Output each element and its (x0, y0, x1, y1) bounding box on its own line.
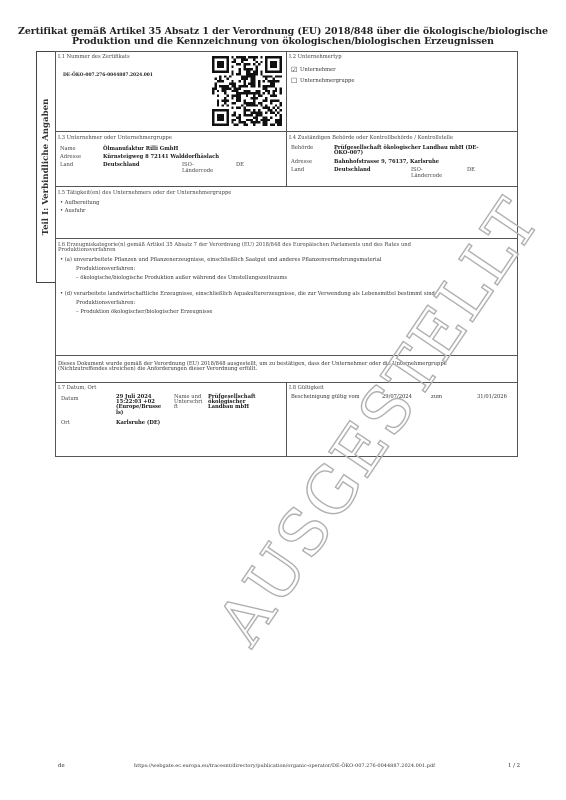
operator-country-label: Land (60, 162, 73, 168)
section-activities: I.5 Tätigkeit(en) des Unternehmers oder … (55, 186, 518, 239)
checkbox-unchecked-icon[interactable]: ☐ (291, 77, 297, 85)
date-value: 29 Juli 2024 15:22:03 +02 (Europe/Brusse… (116, 395, 161, 416)
signature-label-line: Unterschri (174, 400, 202, 405)
operator-iso-label-2: Ländercode (182, 168, 213, 174)
operator-iso: DE (236, 162, 244, 168)
operator-address-label: Adresse (60, 154, 81, 160)
category-method-label: Produktionsverfahren: (76, 266, 135, 272)
authority-country-label: Land (291, 167, 304, 173)
category-method-label: Produktionsverfahren: (76, 300, 135, 306)
signature-label-line: ft (174, 405, 202, 410)
certificate-number: DE-ÖKO-007.276-0044887.2024.001 (63, 73, 153, 78)
side-label: Teil I: Verbindliche Angaben (41, 99, 51, 236)
valid-to-label: zum (431, 394, 442, 400)
option-label: Unternehmer (300, 67, 336, 73)
title-line-2: Produktion und die Kennzeichnung von öko… (0, 37, 566, 47)
authority-heading: I.4 Zuständigen Behörde oder Kontrollbeh… (289, 135, 453, 141)
authority-iso: DE (467, 167, 475, 173)
side-label-box: Teil I: Verbindliche Angaben (36, 51, 55, 283)
date-place-heading: I.7 Datum, Ort (58, 385, 96, 391)
authority-address-label: Adresse (291, 159, 312, 165)
category-method: – Produktion ökologischer/biologischer E… (76, 309, 212, 315)
date-line: ls) (116, 411, 161, 416)
signature-value: Prüfgesellschaft ökologischer Landbau mb… (208, 395, 256, 411)
signature-label: Name und Unterschri ft (174, 395, 202, 411)
date-label: Datum (61, 396, 79, 402)
place-value: Karlsruhe (DE) (116, 420, 160, 426)
footer-page-number: 1 / 2 (508, 763, 520, 769)
authority-label: Behörde (291, 145, 313, 151)
valid-to: 31/01/2026 (477, 394, 507, 400)
category-method: – ökologische/biologische Produktion auß… (76, 275, 287, 281)
signature-line: Landbau mbH (208, 405, 256, 410)
section-statement: Dieses Dokument wurde gemäß der Verordnu… (55, 355, 518, 383)
validity-label: Bescheinigung gültig vom (291, 394, 360, 400)
category-title: • (a) unverarbeitete Pflanzen und Pflanz… (60, 257, 381, 263)
activity-item: • Ausfuhr (60, 208, 86, 214)
option-label: Unternehmergruppe (300, 78, 354, 84)
authority-name-2: ÖKO-007) (334, 150, 363, 156)
category-title: • (d) verarbeitete landwirtschaftliche E… (60, 291, 435, 297)
operator-name-label: Name (60, 146, 76, 152)
authority-iso-label-2: Ländercode (411, 173, 442, 179)
section-control-authority: I.4 Zuständigen Behörde oder Kontrollbeh… (286, 131, 518, 187)
footer-language: de (58, 763, 65, 769)
section-date-place: I.7 Datum, Ort Datum 29 Juli 2024 15:22:… (55, 382, 287, 457)
operator-heading: I.3 Unternehmer oder Unternehmergruppe (58, 135, 172, 141)
certificate-number-heading: I.1 Nummer des Zertifikats (58, 54, 130, 60)
activities-heading: I.5 Tätigkeit(en) des Unternehmers oder … (58, 190, 231, 196)
place-label: Ort (61, 420, 70, 426)
categories-heading-2: Produktionsverfahren (58, 247, 116, 253)
statement-line-2: (Nichtzutreffendes streichen) die Anford… (58, 366, 257, 372)
operator-country: Deutschland (103, 162, 140, 168)
section-operator-type: I.2 Unternehmertyp ☑ Unternehmer ☐ Unter… (286, 51, 518, 132)
authority-country: Deutschland (334, 167, 371, 173)
certificate-title: Zertifikat gemäß Artikel 35 Absatz 1 der… (0, 27, 566, 47)
activity-item: • Aufbereitung (60, 200, 99, 206)
section-product-categories: I.6 Erzeugniskategorie(n) gemäß Artikel … (55, 238, 518, 356)
valid-from: 29/07/2024 (382, 394, 412, 400)
qr-code-icon (212, 56, 282, 126)
section-validity: I.8 Gültigkeit Bescheinigung gültig vom … (286, 382, 518, 457)
section-operator: I.3 Unternehmer oder Unternehmergruppe N… (55, 131, 287, 187)
checkbox-checked-icon[interactable]: ☑ (291, 66, 297, 74)
operator-name: Ölmanufaktur Rilli GmbH (103, 146, 178, 152)
authority-address: Bahnhofstrasse 9, 76137, Karlsruhe (334, 159, 439, 165)
validity-heading: I.8 Gültigkeit (289, 385, 324, 391)
operator-type-heading: I.2 Unternehmertyp (289, 54, 342, 60)
operator-address: Kürnsteigweg 8 72141 Walddorfhäslach (103, 154, 219, 160)
footer-url[interactable]: https://webgate.ec.europa.eu/tracesnt/di… (134, 763, 435, 769)
